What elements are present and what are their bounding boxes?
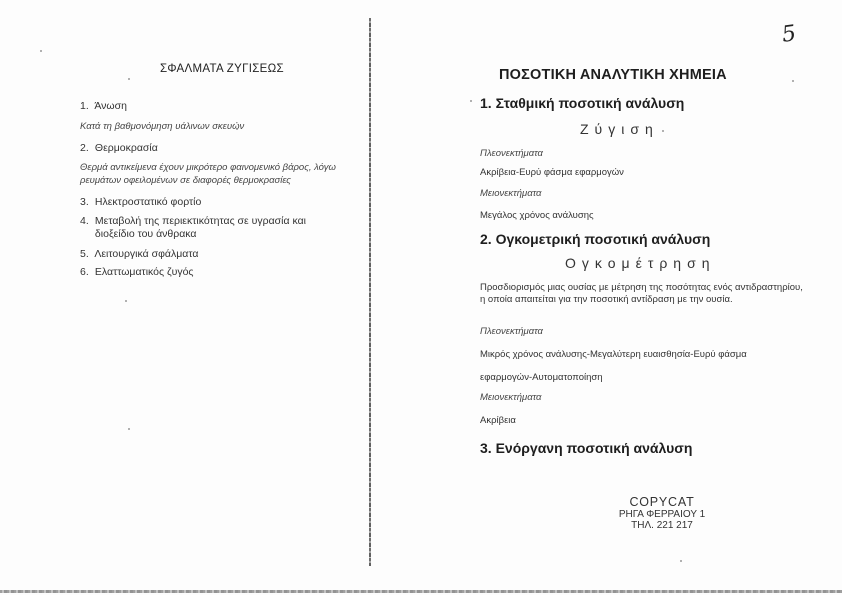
item-label: Ελαττωματικός ζυγός [95,266,194,278]
advantages-label-1: Πλεονεκτήματα [480,148,543,159]
stamp-phone: ΤΗΛ. 221 217 [602,520,722,531]
scan-speck [680,560,682,562]
scan-speck [662,130,664,132]
advantages-label-2: Πλεονεκτήματα [480,326,543,337]
section-subheading-2: Ογκομέτρηση [565,255,716,271]
scan-speck [792,80,794,82]
list-item-1: 1. Άνωση [80,100,127,113]
disadvantages-text-2: Ακρίβεια [480,415,516,427]
handwritten-page-number: 5 [780,21,797,48]
definition-text-2: Προσδιορισμός μιας ουσίας με μέτρηση της… [480,282,810,306]
list-item-4: 4. Μεταβολή της περιεκτικότητας σε υγρασ… [80,215,345,241]
section-heading-1: 1. Σταθμική ποσοτική ανάλυση [480,95,684,111]
stamp-name: COPYCAT [602,496,722,509]
list-item-6: 6. Ελαττωματικός ζυγός [80,266,194,279]
item-label: Θερμοκρασία [95,142,158,154]
scan-speck [236,128,238,130]
list-item-3: 3. Ηλεκτροστατικό φορτίο [80,196,201,209]
item-note-2: Θερμά αντικείμενα έχουν μικρότερο φαινομ… [80,162,350,187]
list-item-2: 2. Θερμοκρασία [80,142,158,155]
item-label: Ηλεκτροστατικό φορτίο [95,196,201,208]
right-page: 5 ΠΟΣΟΤΙΚΗ ΑΝΑΛΥΤΙΚΗ ΧΗΜΕΙΑ 1. Σταθμική … [372,0,842,595]
disadvantages-label-2: Μειονεκτήματα [480,392,541,403]
advantages-text-2a: Μικρός χρόνος ανάλυσης-Μεγαλύτερη ευαισθ… [480,349,747,361]
scan-speck [128,78,130,80]
scan-speck [470,100,472,102]
section-subheading-1: Ζύγιση [580,121,659,137]
right-page-title: ΠΟΣΟΤΙΚΗ ΑΝΑΛΥΤΙΚΗ ΧΗΜΕΙΑ [499,67,727,83]
item-label: Μεταβολή της περιεκτικότητας σε υγρασία … [95,215,345,241]
page-spine-divider [369,18,371,566]
item-note-1: Κατά τη βαθμονόμηση υάλινων σκευών [80,121,350,134]
stamp-address: ΡΗΓΑ ΦΕΡΡΑΙΟΥ 1 [602,509,722,520]
left-page-title: ΣΦΑΛΜΑΤΑ ΖΥΓΙΣΕΩΣ [160,63,284,75]
section-heading-2: 2. Ογκομετρική ποσοτική ανάλυση [480,231,710,247]
list-item-5: 5. Λειτουργικά σφάλματα [80,248,198,261]
disadvantages-label-1: Μειονεκτήματα [480,188,541,199]
copyshop-stamp: COPYCAT ΡΗΓΑ ΦΕΡΡΑΙΟΥ 1 ΤΗΛ. 221 217 [602,496,722,531]
advantages-text-1: Ακρίβεια-Ευρύ φάσμα εφαρμογών [480,167,624,179]
item-label: Λειτουργικά σφάλματα [94,248,198,260]
disadvantages-text-1: Μεγάλος χρόνος ανάλυσης [480,210,594,222]
scan-speck [128,428,130,430]
advantages-text-2b: εφαρμογών-Αυτοματοποίηση [480,372,603,384]
scan-speck [40,50,42,52]
scan-speck [125,300,127,302]
left-page: ΣΦΑΛΜΑΤΑ ΖΥΓΙΣΕΩΣ 1. Άνωση Κατά τη βαθμο… [0,0,370,595]
scan-bottom-edge [0,590,842,593]
section-heading-3: 3. Ενόργανη ποσοτική ανάλυση [480,440,692,456]
item-label: Άνωση [94,100,127,112]
